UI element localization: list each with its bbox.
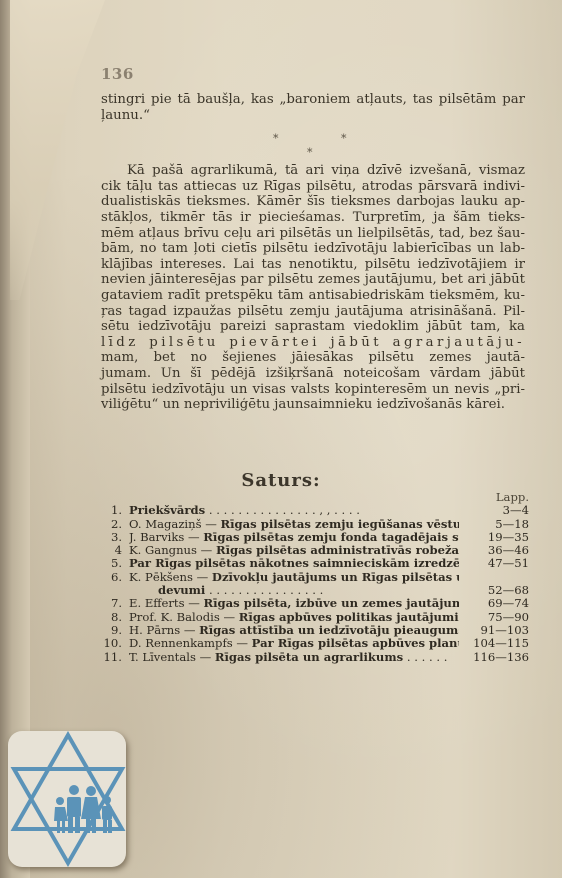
toc-entry: 3.J. Barviks — Rīgas pilsētas zemju fond… <box>100 531 534 544</box>
toc-entry-pages: 69—74 <box>459 597 534 610</box>
toc-entry: 1.Priekšvārds . . . . . . . . . . . . . … <box>100 504 534 517</box>
toc-entry: 10.D. Rennenkampfs — Par Rīgas pilsētas … <box>100 637 534 650</box>
page-number: 136 <box>101 65 134 83</box>
toc-entry-title: Dzīvokļu jautājums un Rīgas pilsētas uz- <box>212 571 459 584</box>
text-line: bām, no tam ļoti cietīs pilsētu iedzīvot… <box>101 241 525 257</box>
toc-entry-number: 8. <box>100 611 129 624</box>
text-line: mēm atļaus brīvu ceļu ari pilsētās un li… <box>101 226 525 242</box>
toc-entry-leader: . . . . . . . . . . . . . . . . <box>205 584 323 597</box>
toc-entry-author: O. Magaziņš — <box>129 518 221 531</box>
toc-entry-number: 2. <box>100 518 129 531</box>
toc-entry-text: H. Pārns — Rīgas attīstība un iedzīvotāj… <box>129 624 459 637</box>
toc-entry-title: Rīgas attīstība un iedzīvotāju pieaugums <box>199 624 459 637</box>
toc-entry-text: J. Barviks — Rīgas pilsētas zemju fonda … <box>129 531 459 544</box>
toc-entry-number: 11. <box>100 651 129 664</box>
toc-entry: 9.H. Pārns — Rīgas attīstība un iedzīvot… <box>100 624 534 637</box>
toc-entry-pages: 75—90 <box>459 611 534 624</box>
toc-entry: 8.Prof. K. Balodis — Rīgas apbūves polit… <box>100 611 534 624</box>
toc-entry-pages: 91—103 <box>459 624 534 637</box>
toc-entry-title: Rīgas pilsēta un agrarlikums <box>215 651 403 664</box>
toc-entry: 5.Par Rīgas pilsētas nākotnes saimniecis… <box>100 557 534 570</box>
toc-entry-number: 7. <box>100 597 129 610</box>
toc-entry: 2.O. Magaziņš — Rīgas pilsētas zemju ieg… <box>100 518 534 531</box>
toc-entry-text: devumi . . . . . . . . . . . . . . . . <box>129 584 459 597</box>
text-line: Kā pašā agrarlikumā, tā ari viņa dzīvē i… <box>101 163 525 179</box>
toc-entry-number: 1. <box>100 504 129 517</box>
toc-entry-title: Rīgas pilsēta, izbūve un zemes jautājums <box>204 597 459 610</box>
toc-entry-text: D. Rennenkampfs — Par Rīgas pilsētas apb… <box>129 637 459 650</box>
toc-entry-pages: 3—4 <box>459 504 534 517</box>
toc-entry-pages: 116—136 <box>459 651 534 664</box>
toc-entry-title: Rīgas pilsētas administratīvās robežas <box>216 544 459 557</box>
toc-entry-text: O. Magaziņš — Rīgas pilsētas zemju iegūš… <box>129 518 459 531</box>
toc-entry: 6.K. Pēkšens — Dzīvokļu jautājums un Rīg… <box>100 571 534 584</box>
toc-entry-title: Par Rīgas pilsētas nākotnes saimnieciskā… <box>129 557 459 570</box>
toc-entry-number: 5. <box>100 557 129 570</box>
table-of-contents: Lapp. 1.Priekšvārds . . . . . . . . . . … <box>100 491 534 664</box>
toc-entry-pages: 36—46 <box>459 544 534 557</box>
toc-entry-title: devumi <box>158 584 205 597</box>
toc-entry-text: K. Pēkšens — Dzīvokļu jautājums un Rīgas… <box>129 571 459 584</box>
text-line: viliģētu“ un nepriviliģētu jaunsaimnieku… <box>101 397 525 413</box>
asterisk: * <box>307 145 313 161</box>
toc-entry-pages: 5—18 <box>459 518 534 531</box>
toc-entry-number: 6. <box>100 571 129 584</box>
toc-entry-continuation: devumi . . . . . . . . . . . . . . . .52… <box>100 584 534 597</box>
toc-entry-title: Par Rīgas pilsētas apbūves planu <box>252 637 459 650</box>
toc-entry: 11.T. Līventals — Rīgas pilsēta un agrar… <box>100 651 534 664</box>
toc-entry-number: 9. <box>100 624 129 637</box>
toc-entry-number: 3. <box>100 531 129 544</box>
toc-entry-author: K. Gangnus — <box>129 544 216 557</box>
text-line: dualistiskās tieksmes. Kāmēr šīs tieksme… <box>101 194 525 210</box>
toc-entry-number: 10. <box>100 637 129 650</box>
toc-entry-number: 4 <box>100 544 129 557</box>
paragraph-2: Kā pašā agrarlikumā, tā ari viņa dzīvē i… <box>101 163 525 413</box>
toc-entry-pages: 19—35 <box>459 531 534 544</box>
asterisk: * <box>273 131 279 147</box>
text-line: gataviem radīt pretspēku tām antisabiedr… <box>101 288 525 304</box>
toc-entry-leader: . . . . . . . . . . . . . . . , , . . . … <box>205 504 360 517</box>
toc-entry-text: Par Rīgas pilsētas nākotnes saimnieciskā… <box>129 557 459 570</box>
toc-pages-header: Lapp. <box>100 491 534 504</box>
toc-entry-title: Rīgas pilsētas zemju iegūšanas vēsture <box>221 518 459 531</box>
text-line: stākļos, tikmēr tās ir piecieśamas. Turp… <box>101 210 525 226</box>
text-line: mam, bet no šejienes jāiesākas pilsētu z… <box>101 350 525 366</box>
toc-entry: 4K. Gangnus — Rīgas pilsētas administrat… <box>100 544 534 557</box>
toc-entry-pages: 52—68 <box>459 584 534 597</box>
toc-entry: 7.E. Efferts — Rīgas pilsēta, izbūve un … <box>100 597 534 610</box>
toc-entry-leader: . . . . . . <box>403 651 447 664</box>
scanned-page: 136 stingri pie tā baušļa, kas „baroniem… <box>0 0 562 878</box>
toc-entry-author: Prof. K. Balodis — <box>129 611 239 624</box>
toc-entry-author: D. Rennenkampfs — <box>129 637 252 650</box>
toc-entry-title: Priekšvārds <box>129 504 205 517</box>
toc-entry-text: Priekšvārds . . . . . . . . . . . . . . … <box>129 504 459 517</box>
asterisk: * <box>341 131 347 147</box>
toc-entry-author: E. Efferts — <box>129 597 204 610</box>
toc-entry-pages: 47—51 <box>459 557 534 570</box>
toc-entry-title: Rīgas pilsētas zemju fonda tagadējais st… <box>203 531 459 544</box>
toc-entry-author: T. Līventals — <box>129 651 215 664</box>
toc-entry-text: E. Efferts — Rīgas pilsēta, izbūve un ze… <box>129 597 459 610</box>
toc-entry-text: Prof. K. Balodis — Rīgas apbūves politik… <box>129 611 459 624</box>
watermark-logo <box>8 731 126 867</box>
toc-entry-text: K. Gangnus — Rīgas pilsētas administratī… <box>129 544 459 557</box>
star-of-david-family-icon <box>8 731 126 867</box>
text-line: sētu iedzīvotāju pareizi saprastam viedo… <box>101 319 525 335</box>
body-text: stingri pie tā baušļa, kas „baroniem atļ… <box>101 92 525 413</box>
text-line: līdz pilsētu pievārtei jābūt agrarjautāj… <box>101 335 525 351</box>
toc-entry-author: K. Pēkšens — <box>129 571 212 584</box>
toc-entry-pages: 104—115 <box>459 637 534 650</box>
toc-entries: 1.Priekšvārds . . . . . . . . . . . . . … <box>100 504 534 664</box>
text-line: cik tāļu tas attiecas uz Rīgas pilsētu, … <box>101 179 525 195</box>
toc-entry-title: Rīgas apbūves politikas jautājumi <box>239 611 459 624</box>
text-line: ŗas tagad izpaužas pilsētu zemju jautāju… <box>101 304 525 320</box>
text-line: nevien jāinteresējas par pilsētu zemes j… <box>101 272 525 288</box>
text-line: stingri pie tā baušļa, kas „baroniem atļ… <box>101 92 525 108</box>
folded-corner <box>10 0 105 300</box>
toc-entry-author: H. Pārns — <box>129 624 199 637</box>
asterism-separator: * * * <box>101 125 525 155</box>
text-line: pilsētu iedzīvotāju un visas valsts kopi… <box>101 382 525 398</box>
text-line: klājības intereses. Lai tas nenotiktu, p… <box>101 257 525 273</box>
toc-title: Saturs: <box>0 470 562 491</box>
toc-entry-author: J. Barviks — <box>129 531 203 544</box>
toc-entry-text: T. Līventals — Rīgas pilsēta un agrarlik… <box>129 651 459 664</box>
text-line: ļaunu.“ <box>101 108 525 124</box>
paragraph-1: stingri pie tā baušļa, kas „baroniem atļ… <box>101 92 525 123</box>
text-line: jumam. Un šī pēdējā izšiķršanā noteicoša… <box>101 366 525 382</box>
